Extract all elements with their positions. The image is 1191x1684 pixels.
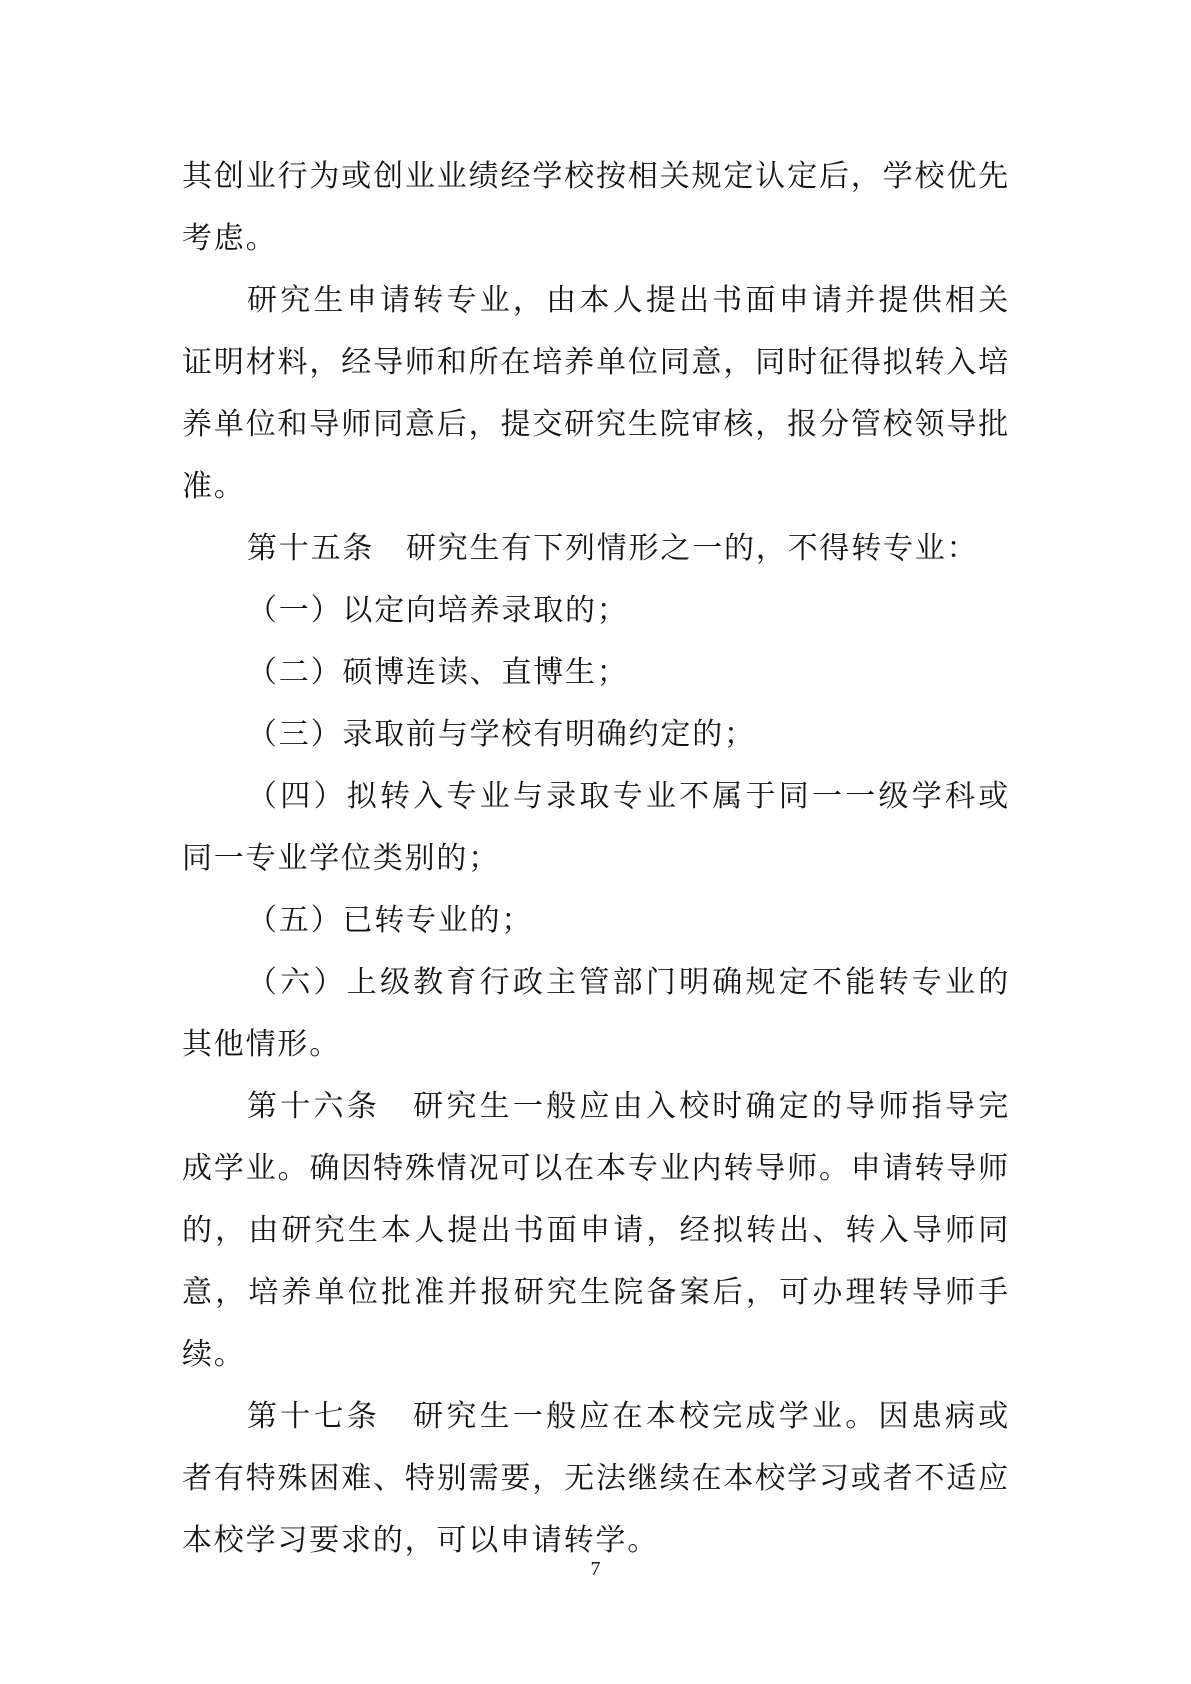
paragraph-transfer-major: 研究生申请转专业，由本人提出书面申请并提供相关证明材料，经导师和所在培养单位同意… xyxy=(182,270,1010,518)
list-item-6: （六）上级教育行政主管部门明确规定不能转专业的其他情形。 xyxy=(182,952,1010,1076)
document-body: 其创业行为或创业业绩经学校按相关规定认定后，学校优先考虑。 研究生申请转专业，由… xyxy=(182,146,1010,1572)
paragraph-article-17: 第十七条 研究生一般应在本校完成学业。因患病或者有特殊困难、特别需要，无法继续在… xyxy=(182,1386,1010,1572)
list-item-1: （一）以定向培养录取的； xyxy=(182,580,1010,642)
paragraph-article-15: 第十五条 研究生有下列情形之一的，不得转专业： xyxy=(182,518,1010,580)
paragraph-continuation: 其创业行为或创业业绩经学校按相关规定认定后，学校优先考虑。 xyxy=(182,146,1010,270)
list-item-3: （三）录取前与学校有明确约定的； xyxy=(182,704,1010,766)
page-number: 7 xyxy=(0,1556,1191,1582)
paragraph-article-16: 第十六条 研究生一般应由入校时确定的导师指导完成学业。确因特殊情况可以在本专业内… xyxy=(182,1076,1010,1386)
document-page: 其创业行为或创业业绩经学校按相关规定认定后，学校优先考虑。 研究生申请转专业，由… xyxy=(0,0,1191,1684)
list-item-2: （二）硕博连读、直博生； xyxy=(182,642,1010,704)
list-item-5: （五）已转专业的； xyxy=(182,890,1010,952)
list-item-4: （四）拟转入专业与录取专业不属于同一一级学科或同一专业学位类别的； xyxy=(182,766,1010,890)
